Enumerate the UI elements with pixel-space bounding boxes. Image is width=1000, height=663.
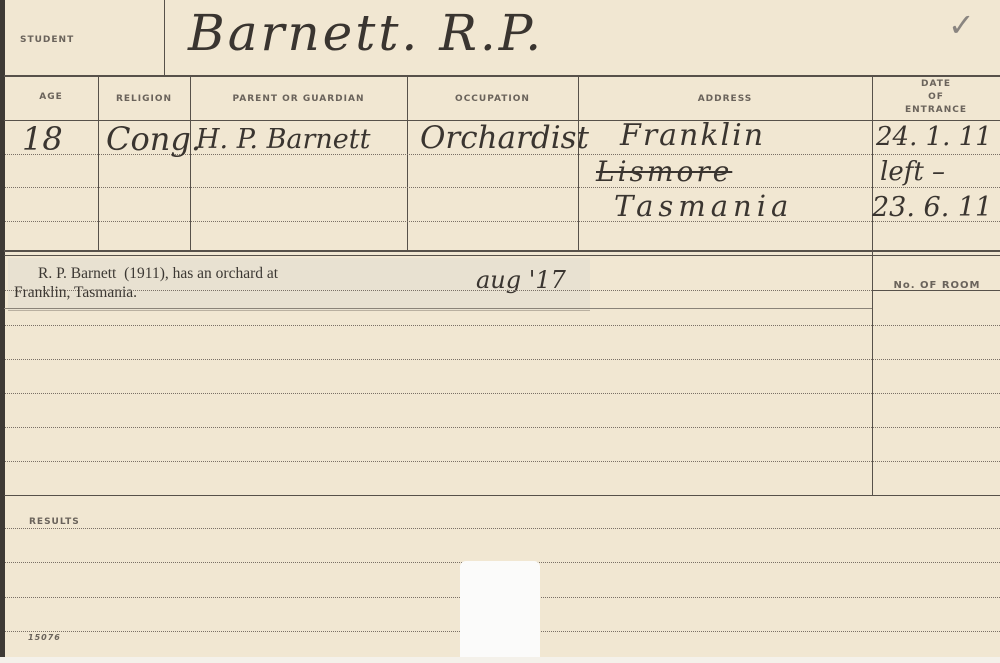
notes-rule	[5, 290, 872, 291]
table-top-rule	[4, 75, 1000, 77]
entry-occupation: Orchardist	[420, 120, 589, 156]
notes-rule	[5, 461, 1000, 462]
results-rule	[5, 528, 1000, 529]
entry-date-1: 24. 1. 11	[876, 122, 992, 152]
header-date-line2: OF	[872, 92, 1000, 102]
header-religion: RELIGION	[98, 94, 190, 104]
notes-rule	[5, 427, 1000, 428]
entry-parent: H. P. Barnett	[196, 124, 371, 155]
student-label: STUDENT	[20, 35, 100, 45]
check-mark: ✓	[948, 6, 975, 44]
student-divider	[164, 0, 165, 76]
entry-date-2: left –	[880, 157, 945, 187]
entry-rule	[5, 187, 1000, 188]
entry-address-line3: Tasmania	[614, 189, 793, 223]
notes-bottom-rule	[4, 495, 1000, 496]
header-date-line3: ENTRANCE	[872, 105, 1000, 115]
entry-address-line1: Franklin	[620, 118, 765, 153]
clipping-line-1: R. P. Barnett (1911), has an orchard at	[38, 264, 278, 283]
notes-rule	[5, 393, 1000, 394]
entry-bottom-rule	[4, 250, 1000, 252]
room-label-rule	[872, 290, 1000, 291]
header-address: ADDRESS	[578, 94, 872, 104]
entry-age: 18	[22, 120, 63, 158]
entry-rule	[5, 221, 1000, 222]
card-bottom-edge	[0, 657, 1000, 663]
results-label: RESULTS	[29, 517, 80, 527]
col-divider	[872, 76, 873, 496]
entry-bottom-rule-2	[4, 255, 1000, 256]
header-occupation: OCCUPATION	[407, 94, 578, 104]
entry-date-3: 23. 6. 11	[872, 192, 992, 223]
header-date-line1: DATE	[872, 79, 1000, 89]
clipping-line-2: Franklin, Tasmania.	[14, 283, 137, 302]
entry-address-line2: Lismore	[596, 155, 732, 188]
form-number: 15076	[28, 633, 61, 642]
header-parent: PARENT OR GUARDIAN	[190, 94, 407, 104]
notes-rule	[5, 359, 1000, 360]
newspaper-clipping: R. P. Barnett (1911), has an orchard at …	[8, 258, 590, 311]
clip-bottom-rule	[4, 308, 872, 309]
student-record-card: STUDENT Barnett. R.P. ✓ AGE RELIGION PAR…	[0, 0, 1000, 663]
entry-religion: Cong.	[106, 120, 201, 158]
notes-rule	[5, 325, 1000, 326]
header-age: AGE	[4, 92, 98, 102]
student-name: Barnett. R.P.	[188, 4, 544, 62]
